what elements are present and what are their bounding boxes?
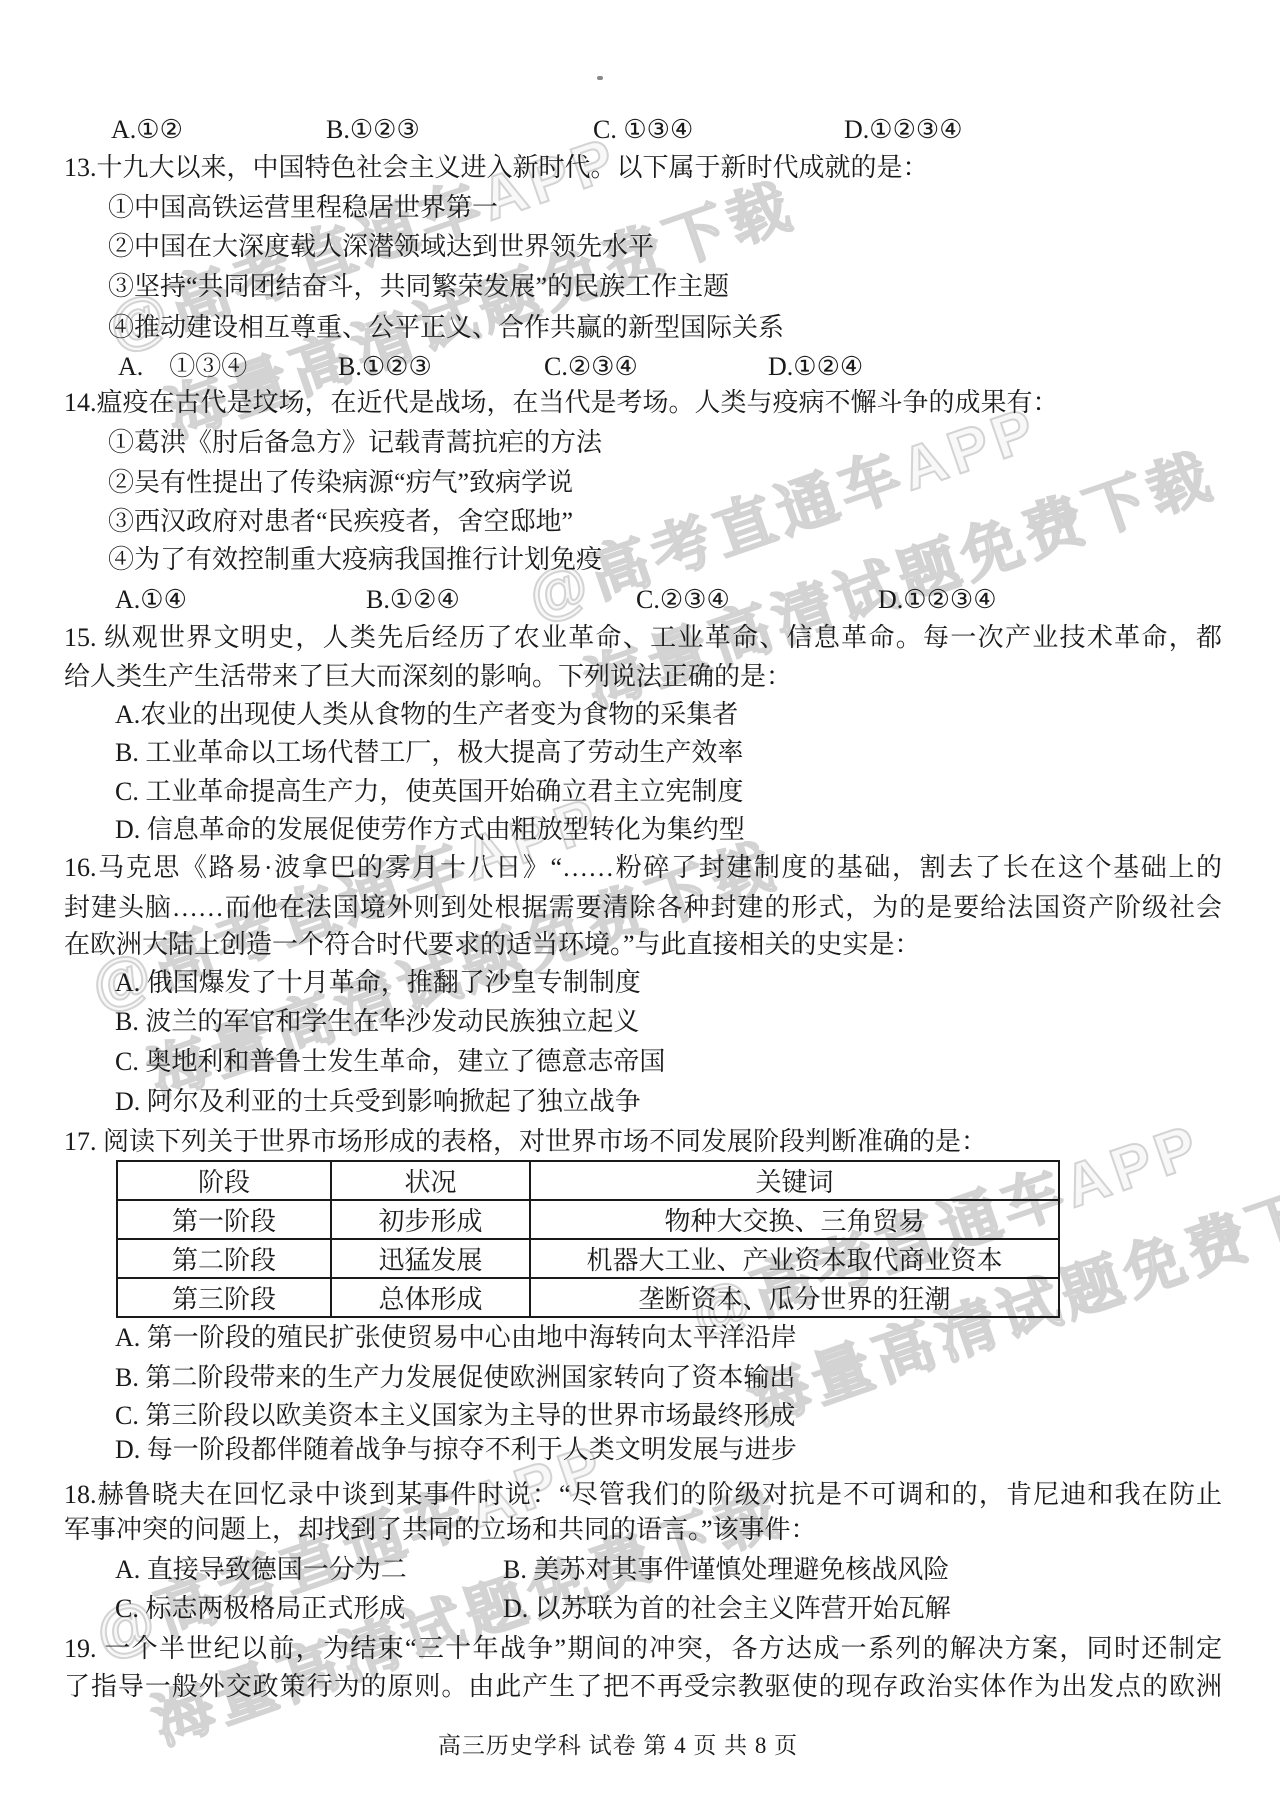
q16-stem-line-3: 在欧洲大陆上创造一个符合时代要求的适当环境。”与此直接相关的史实是： xyxy=(64,925,921,965)
q12-options-row: A.①② B.①②③ C. ①③④ D.①②③④ xyxy=(0,110,1280,150)
q17-table-cell: 第三阶段 xyxy=(117,1278,331,1317)
q17-option-b: B. 第二阶段带来的生产力发展促使欧洲国家转向了资本输出 xyxy=(115,1358,795,1398)
q15-option-a: A.农业的出现使人类从食物的生产者变为食物的采集者 xyxy=(115,695,738,735)
q17-table-cell: 物种大交换、三角贸易 xyxy=(530,1200,1059,1239)
q13-item-2: ②中国在大深度载人深潜领域达到世界领先水平 xyxy=(108,227,654,267)
q15-stem-line-1: 15. 纵观世界文明史，人类先后经历了农业革命、工业革命、信息革命。每一次产业技… xyxy=(64,618,1222,658)
q16-option-c: C. 奥地利和普鲁士发生革命，建立了德意志帝国 xyxy=(115,1042,665,1082)
table-row: 第一阶段 初步形成 物种大交换、三角贸易 xyxy=(117,1200,1059,1239)
q14-option-b: B.①②④ xyxy=(366,580,460,620)
q13-option-c: C.②③④ xyxy=(544,347,638,387)
q17-option-a: A. 第一阶段的殖民扩张使贸易中心由地中海转向太平洋沿岸 xyxy=(115,1318,797,1358)
table-row: 第二阶段 迅猛发展 机器大工业、产业资本取代商业资本 xyxy=(117,1239,1059,1278)
q13-option-b: B.①②③ xyxy=(338,347,432,387)
q14-option-d: D.①②③④ xyxy=(878,580,997,620)
q17-table-cell: 第一阶段 xyxy=(117,1200,331,1239)
q13-stem: 13.十九大以来，中国特色社会主义进入新时代。以下属于新时代成就的是： xyxy=(64,148,929,188)
q18-option-d: D. 以苏联为首的社会主义阵营开始瓦解 xyxy=(503,1589,951,1629)
q14-item-4: ④为了有效控制重大疫病我国推行计划免疫 xyxy=(108,540,602,580)
q19-stem-line-1: 19. 一个半世纪以前，为结束“三十年战争”期间的冲突，各方达成一系列的解决方案… xyxy=(64,1629,1222,1669)
q14-option-c: C.②③④ xyxy=(636,580,730,620)
q14-options-row: A.①④ B.①②④ C.②③④ D.①②③④ xyxy=(0,580,1280,620)
q17-table-header-status: 状况 xyxy=(331,1161,530,1200)
q15-option-d: D. 信息革命的发展促使劳作方式由粗放型转化为集约型 xyxy=(115,810,745,850)
q17-stem: 17. 阅读下列关于世界市场形成的表格，对世界市场不同发展阶段判断准确的是： xyxy=(64,1122,987,1162)
q17-table-header-keywords: 关键词 xyxy=(530,1161,1059,1200)
q13-options-row: A. ①③④ B.①②③ C.②③④ D.①②④ xyxy=(0,347,1280,387)
q12-option-d: D.①②③④ xyxy=(844,110,963,150)
q15-stem-line-2: 给人类生产生活带来了巨大而深刻的影响。下列说法正确的是： xyxy=(64,657,792,697)
q17-option-d: D. 每一阶段都伴随着战争与掠夺不利于人类文明发展与进步 xyxy=(115,1430,797,1470)
q14-item-3: ③西汉政府对患者“民疾疫者，舍空邸地” xyxy=(108,502,573,542)
q17-table: 阶段 状况 关键词 第一阶段 初步形成 物种大交换、三角贸易 第二阶段 迅猛发展… xyxy=(116,1160,1060,1318)
q13-item-3: ③坚持“共同团结奋斗，共同繁荣发展”的民族工作主题 xyxy=(108,267,729,307)
q18-options-row-2: C. 标志两极格局正式形成 D. 以苏联为首的社会主义阵营开始瓦解 xyxy=(0,1589,1280,1629)
q19-stem-line-2: 了指导一般外交政策行为的原则。由此产生了把不再受宗教驱使的现存政治实体作为出发点… xyxy=(64,1667,1222,1707)
q12-option-b: B.①②③ xyxy=(326,110,420,150)
q17-table-cell: 垄断资本、瓜分世界的狂潮 xyxy=(530,1278,1059,1317)
q16-stem-line-1: 16.马克思《路易·波拿巴的雾月十八日》“……粉碎了封建制度的基础，割去了长在这… xyxy=(64,848,1222,888)
q13-option-d: D.①②④ xyxy=(768,347,863,387)
q17-table-cell: 初步形成 xyxy=(331,1200,530,1239)
q17-table-cell: 第二阶段 xyxy=(117,1239,331,1278)
q13-option-a: A. ①③④ xyxy=(118,347,247,387)
q14-item-2: ②吴有性提出了传染病源“疠气”致病学说 xyxy=(108,463,573,503)
q13-item-1: ①中国高铁运营里程稳居世界第一 xyxy=(108,188,498,228)
q18-option-a: A. 直接导致德国一分为二 xyxy=(115,1550,407,1590)
exam-page: @高考直通车APP 海量高清试题免费下载 @高考直通车APP 海量高清试题免费下… xyxy=(0,0,1280,1800)
q17-table-header-stage: 阶段 xyxy=(117,1161,331,1200)
table-row: 第三阶段 总体形成 垄断资本、瓜分世界的狂潮 xyxy=(117,1278,1059,1317)
scan-speck xyxy=(597,76,603,80)
q18-stem-line-1: 18.赫鲁晓夫在回忆录中谈到某事件时说：“尽管我们的阶级对抗是不可调和的，肯尼迪… xyxy=(64,1475,1222,1515)
q15-option-b: B. 工业革命以工场代替工厂，极大提高了劳动生产效率 xyxy=(115,733,743,773)
q14-item-1: ①葛洪《肘后备急方》记载青蒿抗疟的方法 xyxy=(108,423,602,463)
q17-table-header-row: 阶段 状况 关键词 xyxy=(117,1161,1059,1200)
q14-option-a: A.①④ xyxy=(115,580,187,620)
q13-item-4: ④推动建设相互尊重、公平正义、合作共赢的新型国际关系 xyxy=(108,308,784,348)
q18-option-c: C. 标志两极格局正式形成 xyxy=(115,1589,405,1629)
page-footer: 高三历史学科 试卷 第 4 页 共 8 页 xyxy=(0,1728,1236,1764)
q16-option-b: B. 波兰的军官和学生在华沙发动民族独立起义 xyxy=(115,1002,639,1042)
q17-table-cell: 机器大工业、产业资本取代商业资本 xyxy=(530,1239,1059,1278)
q17-table-cell: 总体形成 xyxy=(331,1278,530,1317)
q16-stem-line-2: 封建头脑……而他在法国境外则到处根据需要清除各种封建的形式，为的是要给法国资产阶… xyxy=(64,888,1222,928)
q18-options-row-1: A. 直接导致德国一分为二 B. 美苏对其事件谨慎处理避免核战风险 xyxy=(0,1550,1280,1590)
q15-option-c: C. 工业革命提高生产力，使英国开始确立君主立宪制度 xyxy=(115,772,743,812)
q17-table-cell: 迅猛发展 xyxy=(331,1239,530,1278)
q18-stem-line-2: 军事冲突的问题上，却找到了共同的立场和共同的语言。”该事件： xyxy=(64,1510,817,1550)
q14-stem: 14.瘟疫在古代是坟场，在近代是战场，在当代是考场。人类与疫病不懈斗争的成果有： xyxy=(64,383,1059,423)
q16-option-a: A. 俄国爆发了十月革命，推翻了沙皇专制制度 xyxy=(115,963,641,1003)
q16-option-d: D. 阿尔及利亚的士兵受到影响掀起了独立战争 xyxy=(115,1082,641,1122)
q12-option-a: A.①② xyxy=(111,110,183,150)
q12-option-c: C. ①③④ xyxy=(593,110,693,150)
q18-option-b: B. 美苏对其事件谨慎处理避免核战风险 xyxy=(503,1550,949,1590)
